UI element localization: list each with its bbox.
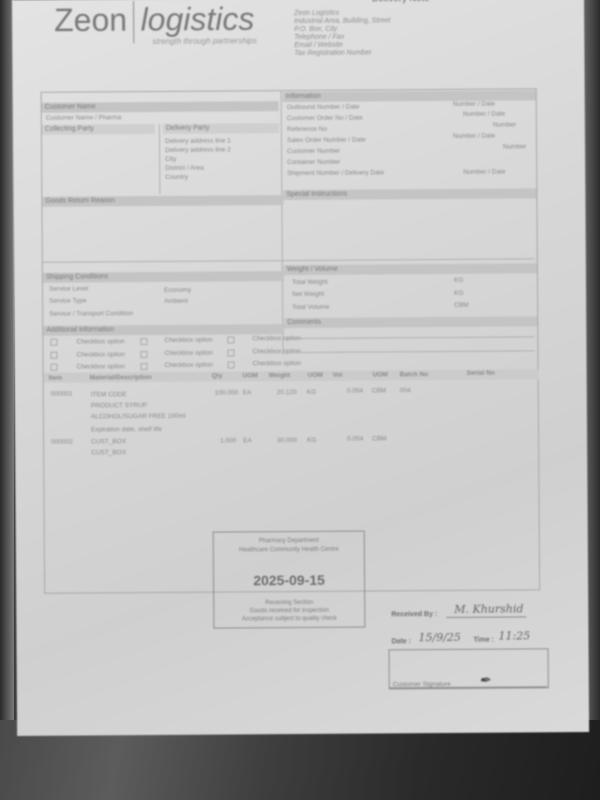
information-header: Information [283,90,536,102]
col-vol-uom: UOM [373,371,388,378]
logo-name: logistics [140,1,254,38]
delivery-party-line: Delivery address line 1 [165,137,231,144]
comments-header: Comments [284,316,537,328]
customer-signature-label: Customer Signature [393,681,451,688]
shipping-label: Service Type [49,297,87,304]
delivery-party-line: District / Area [165,165,204,172]
item-description-line: ITEM CODE [91,391,127,398]
checkbox[interactable] [227,349,234,356]
stamp-line: Goods received for inspection [214,608,364,615]
weight-value: KG [454,277,463,284]
date-label: Date : [391,638,411,645]
item-vol: 0.054 [347,388,363,395]
item-qty: 1.000 [220,437,236,444]
item-description-line: CUST_BOX [91,449,126,456]
company-address: Zeon Logistics Industrial Area, Building… [294,9,391,58]
time-label: Time : [473,637,494,644]
checkbox-label: Checkbox option [77,363,125,370]
shipping-value: Ambient [164,298,188,305]
goods-return-header: Goods Return Reason [42,195,283,207]
date-value: 15/9/25 [418,631,460,644]
checkbox[interactable] [50,352,57,359]
stamp-line: Receiving Section [214,600,364,607]
checkbox-label: Checkbox option [253,360,301,367]
checkbox[interactable] [227,336,234,343]
address-line: Tax Registration Number [294,49,390,58]
collecting-party-header: Collecting Party [42,124,155,135]
shipping-label: Service Level [49,285,88,292]
item-weight-uom: KG [307,389,316,396]
customer-header: Customer Name [42,101,279,113]
checkbox-label: Checkbox option [76,338,124,345]
info-label: Outbound Number / Date [287,104,360,112]
weight-volume-header: Weight / Volume [284,263,537,275]
time-value: 11:25 [498,629,530,642]
checkbox-label: Checkbox option [164,337,212,344]
col-vol: Vol [333,372,343,379]
checkbox[interactable] [140,338,147,345]
item-weight: 30.000 [277,437,297,444]
address-line: Industrial Area, Building, Street [294,17,390,26]
document-title: Delivery Note [372,0,430,3]
checkbox[interactable] [228,361,235,368]
col-serial: Serial No [467,370,495,377]
info-value: Number [503,143,526,150]
company-tagline: strength through partnerships [152,36,257,46]
info-value: Number / Date [453,133,495,140]
col-weight: Weight [269,372,291,379]
stamp-line: Pharmacy Department [214,538,364,545]
checkbox-label: Checkbox option [165,362,213,369]
item-uom: EA [243,389,252,396]
col-description: Material/Description [90,374,152,381]
additional-info-header: Additional Information [43,324,284,336]
item-number: 000001 [51,391,73,398]
col-qty: Qty [212,373,223,380]
delivery-note-paper: Delivery Note Zeonlogistics strength thr… [12,0,589,736]
weight-value: CBM [454,302,469,309]
item-description-line: PRODUCT SYRUP [91,402,147,409]
delivery-party-line: Delivery address line 2 [165,146,231,153]
item-qty: 100.000 [215,389,239,396]
weight-value: KG [454,290,463,297]
info-label: Sales Order Number / Date [287,137,366,145]
received-by-label: Received By : [391,611,437,618]
delivery-party-line: Country [165,174,188,181]
checkbox-label: Checkbox option [164,350,212,357]
item-description-line: Expiration date, shelf life [91,426,162,433]
item-weight-uom: KG [307,437,316,444]
info-label: Container Number [287,159,340,166]
checkbox-label: Checkbox option [76,351,124,358]
info-value: Number / Date [463,169,505,176]
shipping-conditions-header: Shipping Conditions [43,271,284,283]
col-item: Item [49,375,62,382]
info-value: Number [493,121,516,128]
logo-brand: Zeon [54,2,127,39]
item-vol: 0.054 [347,436,363,443]
shipping-label: Service / Transport Condition [49,310,133,318]
checkbox[interactable] [50,339,57,346]
shipping-value: Economy [164,287,191,294]
delivery-party-header: Delivery Party [163,123,279,134]
delivery-party-line: City [165,156,176,163]
checkbox[interactable] [51,364,58,371]
item-weight: 20.120 [277,389,297,396]
signature-line [446,616,526,618]
info-value: Number / Date [453,101,495,108]
special-instructions-header: Special Instructions [283,188,536,200]
info-label: Customer Number [287,148,340,155]
item-description-line: ALCOHOL/SUGAR FREE 100ml [91,413,186,421]
stamp-date: 2025-09-15 [214,572,364,589]
info-label: Customer Order No / Date [287,115,363,123]
col-uom: UOM [243,372,258,379]
item-description-line: CUST_BOX [91,438,126,445]
item-vol-uom: CBM [372,435,387,442]
info-label: Shipment Number / Delivery Date [287,169,384,177]
checkbox[interactable] [140,351,147,358]
weight-label: Total Volume [292,304,329,311]
col-batch: Batch No [400,371,429,378]
stamp-line: Healthcare Community Health Centre [214,547,364,554]
signature-scribble: ✒ [479,673,491,689]
received-by-value: M. Khurshid [454,602,523,615]
logo-divider [133,1,135,43]
stamp-line: Acceptance subject to quality check [214,616,364,623]
col-weight-uom: UOM [308,372,323,379]
info-value: Number / Date [463,111,505,118]
weight-label: Net Weight [292,291,324,298]
customer-name: Customer Name / Pharma [46,114,122,122]
info-label: Reference No [287,126,327,133]
item-vol-uom: CBM [372,387,387,394]
checkbox[interactable] [141,363,148,370]
item-batch: 004 [400,387,411,394]
item-uom: EA [243,437,252,444]
item-number: 000002 [51,439,73,446]
receipt-stamp: Pharmacy Department Healthcare Community… [213,531,366,629]
weight-label: Total Weight [292,279,328,286]
